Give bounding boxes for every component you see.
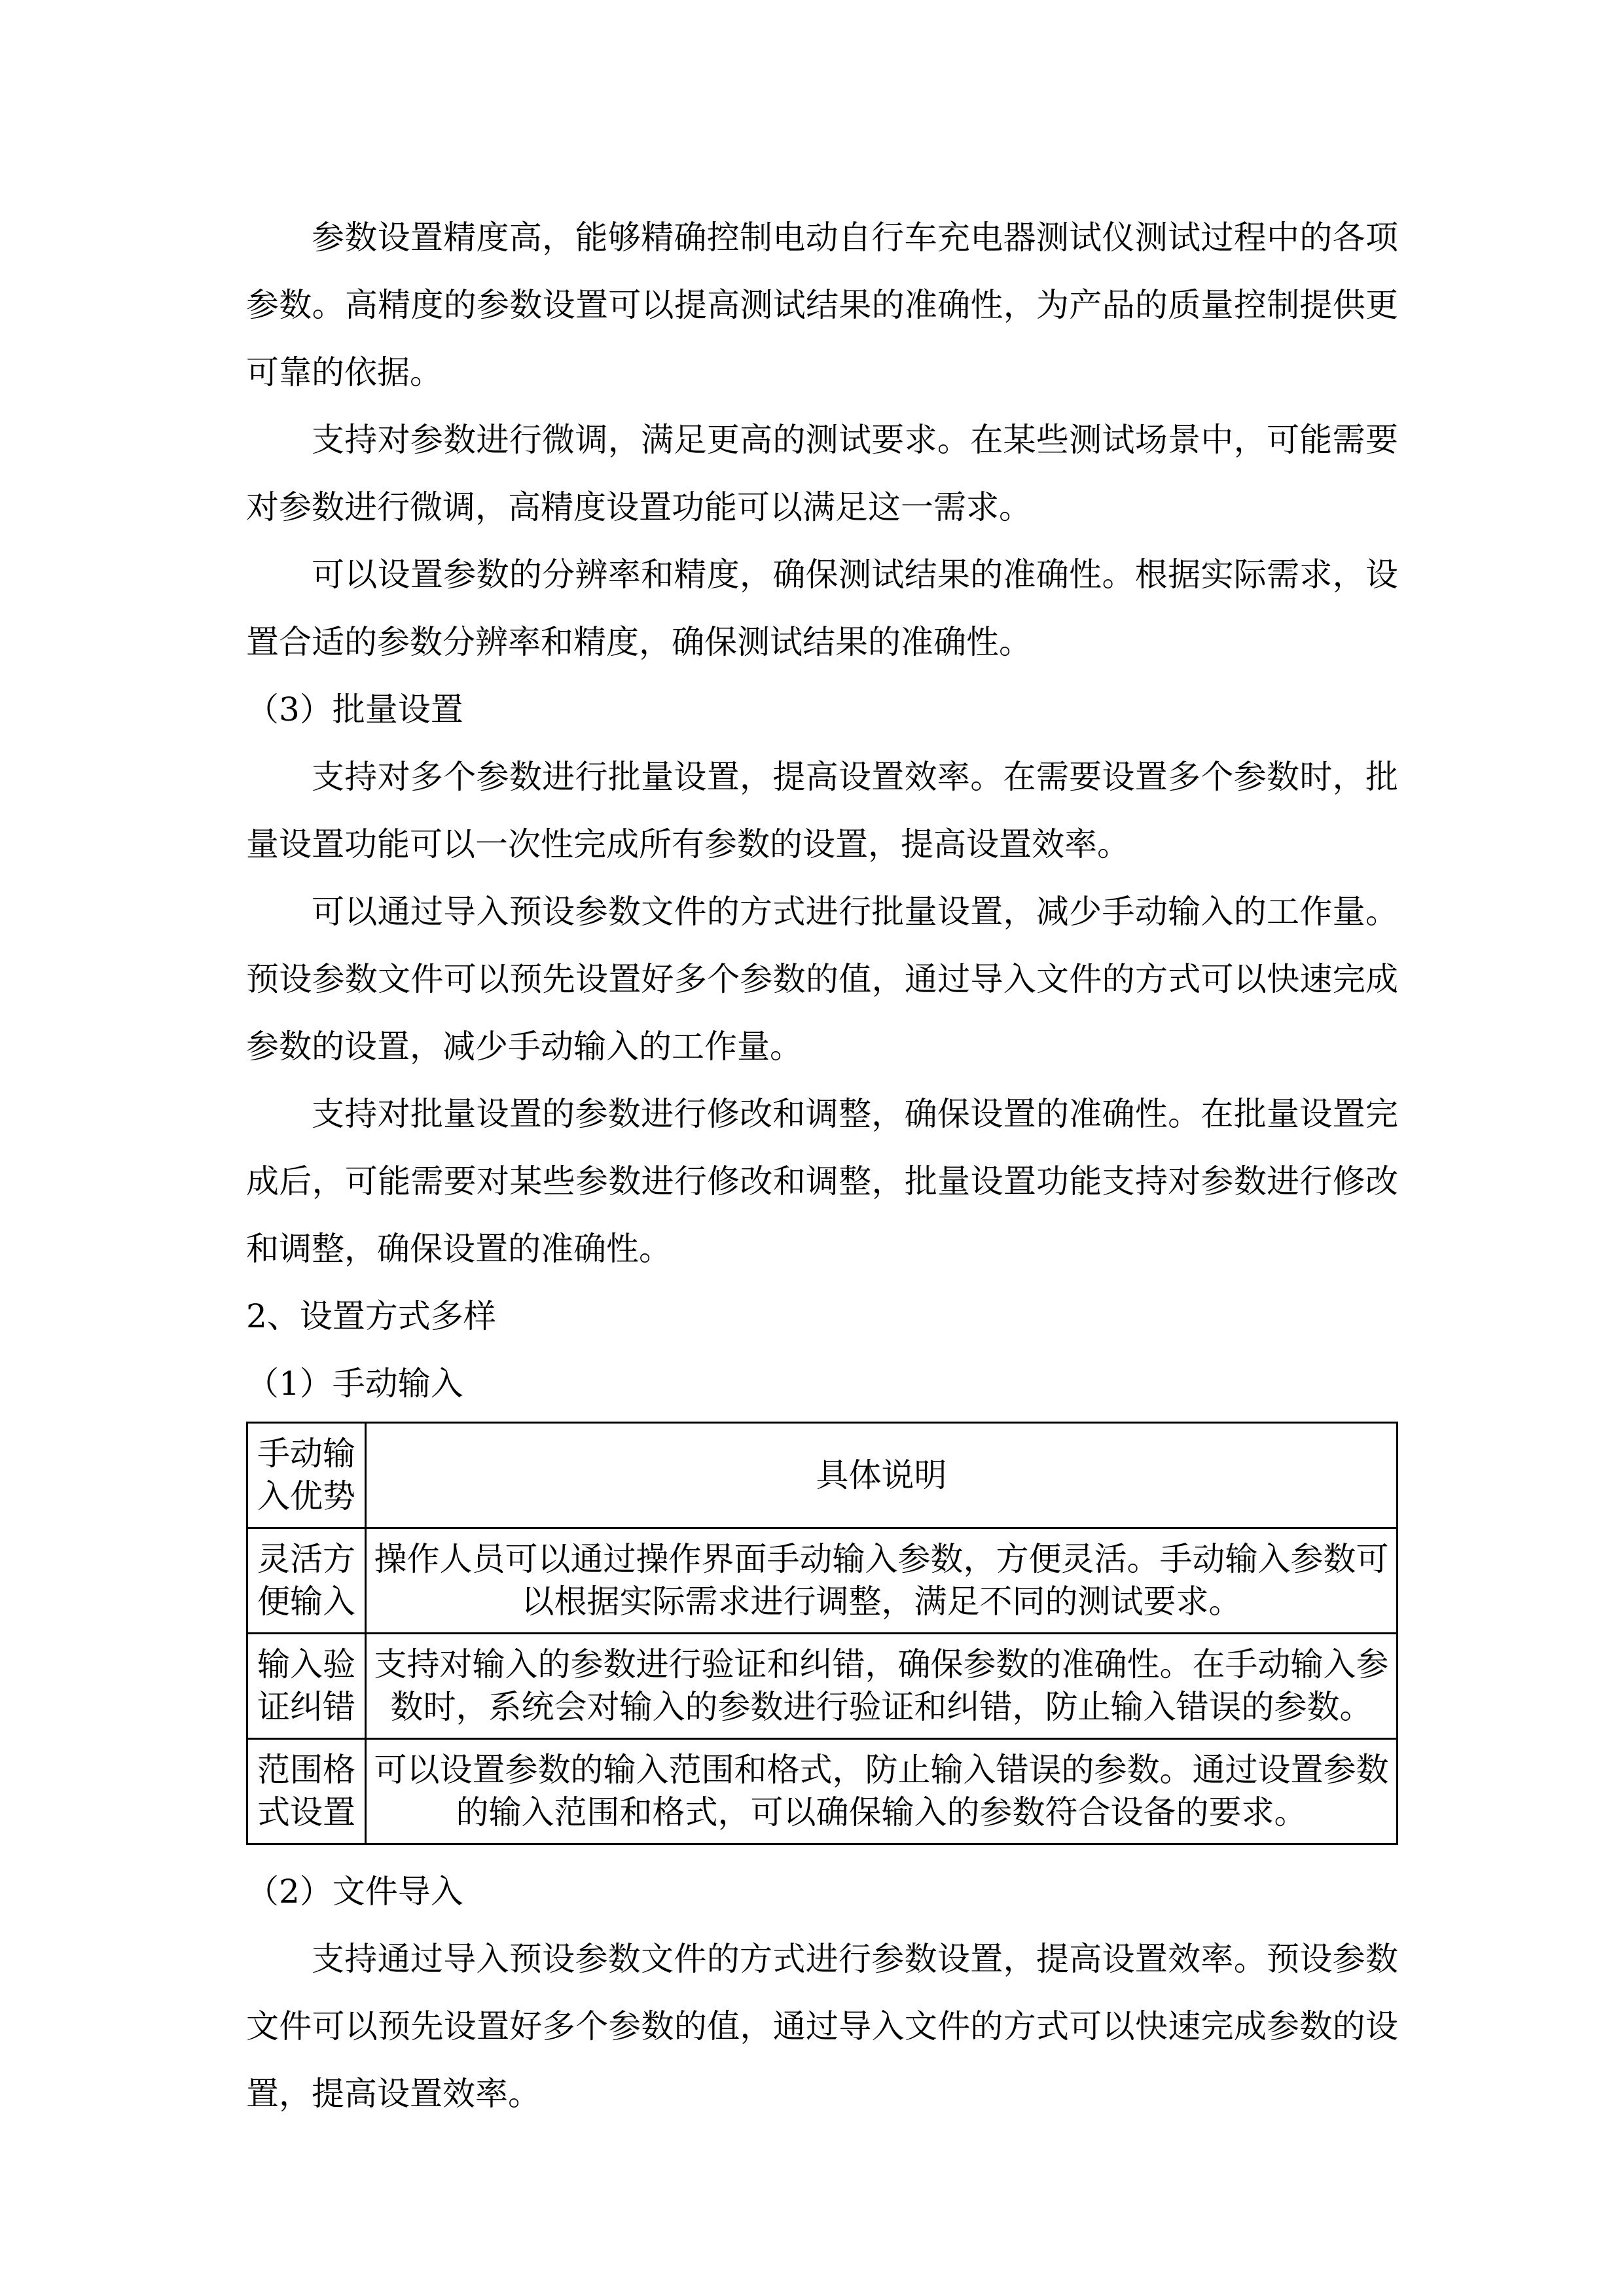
table-row: 输入验证纠错 支持对输入的参数进行验证和纠错，确保参数的准确性。在手动输入参数时… — [247, 1634, 1398, 1739]
paragraph-resolution: 可以设置参数的分辨率和精度，确保测试结果的准确性。根据实际需求，设置合适的参数分… — [246, 541, 1398, 676]
paragraph-batch-1: 支持对多个参数进行批量设置，提高设置效率。在需要设置多个参数时，批量设置功能可以… — [246, 744, 1398, 878]
heading-file-import: （2）文件导入 — [246, 1858, 1398, 1926]
table-cell-advantage-flexible: 灵活方便输入 — [247, 1528, 366, 1634]
table-cell-description-range-format: 可以设置参数的输入范围和格式，防止输入错误的参数。通过设置参数的输入范围和格式，… — [366, 1739, 1398, 1844]
table-cell-description-flexible: 操作人员可以通过操作界面手动输入参数，方便灵活。手动输入参数可以根据实际需求进行… — [366, 1528, 1398, 1634]
paragraph-precision: 参数设置精度高，能够精确控制电动自行车充电器测试仪测试过程中的各项参数。高精度的… — [246, 204, 1398, 406]
paragraph-batch-2: 可以通过导入预设参数文件的方式进行批量设置，减少手动输入的工作量。预设参数文件可… — [246, 878, 1398, 1081]
table-cell-description-validation: 支持对输入的参数进行验证和纠错，确保参数的准确性。在手动输入参数时，系统会对输入… — [366, 1634, 1398, 1739]
table-header-description: 具体说明 — [366, 1423, 1398, 1528]
paragraph-batch-3: 支持对批量设置的参数进行修改和调整，确保设置的准确性。在批量设置完成后，可能需要… — [246, 1081, 1398, 1283]
heading-manual-input: （1）手动输入 — [246, 1350, 1398, 1418]
document-page: 参数设置精度高，能够精确控制电动自行车充电器测试仪测试过程中的各项参数。高精度的… — [0, 0, 1624, 2296]
heading-setting-methods: 2、设置方式多样 — [246, 1283, 1398, 1350]
table-header-advantage: 手动输入优势 — [247, 1423, 366, 1528]
table-row: 范围格式设置 可以设置参数的输入范围和格式，防止输入错误的参数。通过设置参数的输… — [247, 1739, 1398, 1844]
table-cell-advantage-range-format: 范围格式设置 — [247, 1739, 366, 1844]
paragraph-fine-tune: 支持对参数进行微调，满足更高的测试要求。在某些测试场景中，可能需要对参数进行微调… — [246, 406, 1398, 541]
table-cell-advantage-validation: 输入验证纠错 — [247, 1634, 366, 1739]
table-header-row: 手动输入优势 具体说明 — [247, 1423, 1398, 1528]
paragraph-file-import: 支持通过导入预设参数文件的方式进行参数设置，提高设置效率。预设参数文件可以预先设… — [246, 1926, 1398, 2128]
heading-batch-setting: （3）批量设置 — [246, 676, 1398, 744]
manual-input-advantage-table: 手动输入优势 具体说明 灵活方便输入 操作人员可以通过操作界面手动输入参数，方便… — [246, 1422, 1398, 1845]
table-row: 灵活方便输入 操作人员可以通过操作界面手动输入参数，方便灵活。手动输入参数可以根… — [247, 1528, 1398, 1634]
